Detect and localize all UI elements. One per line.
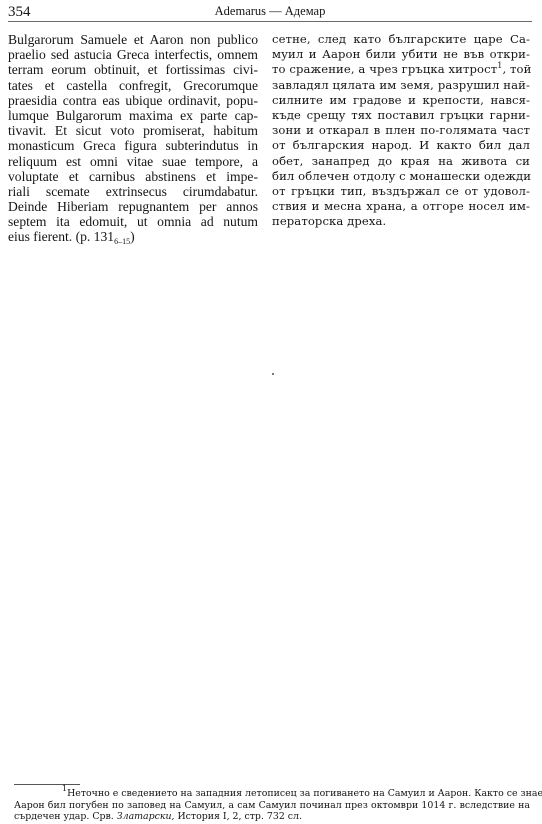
footnote-divider	[14, 784, 80, 785]
text-line: от българския народ. И както бил дал	[272, 138, 530, 153]
text-line: monasticum Greca figura subterindutus in	[8, 138, 258, 153]
footnote-line: сърдечен удар. Срв. Златарски, История I…	[14, 811, 530, 823]
footnote-line: 1Неточно е сведението на западния летопи…	[14, 788, 530, 800]
text-fragment: История I, 2, стр. 732 сл.	[175, 811, 302, 822]
text-line: сетне, след като българските царе Са-	[272, 32, 530, 47]
text-fragment: то сражение, а чрез гръцка хитрост	[272, 62, 497, 76]
running-title: Ademarus — Адемар	[8, 4, 532, 19]
latin-text-column: Bulgarorum Samuele et Aaron non publico …	[8, 32, 258, 245]
text-line: силните им градове и крепости, нався-	[272, 93, 530, 108]
text-line: от гръцки тип, въздържал се от удовол-	[272, 184, 530, 199]
text-line: зони и откарал в плен по-голямата част	[272, 123, 530, 138]
page-range-subscript: 6–15	[114, 237, 130, 246]
text-line: къде срещу тях поставил гръцки гарни-	[272, 108, 530, 123]
footnote: 1Неточно е сведението на западния летопи…	[14, 788, 530, 823]
text-line: муил и Аарон били убити не във откри-	[272, 47, 530, 62]
text-fragment: сърдечен удар. Срв.	[14, 811, 117, 822]
text-fragment: Неточно е сведението на западния летопис…	[67, 788, 542, 799]
text-line: riali scemate extrinsecus cirumdabatur.	[8, 184, 258, 199]
bulgarian-text-column: сетне, след като българските царе Са- му…	[272, 32, 530, 229]
text-line: завладял цялата им земя, разрушил най-	[272, 78, 530, 93]
text-line: Bulgarorum Samuele et Aaron non publico	[8, 32, 258, 47]
text-fragment: )	[130, 229, 135, 244]
text-line: Deinde Hiberiam repugnantem per annos	[8, 199, 258, 214]
text-line: tivavit. Et sicut voto promiserat, habit…	[8, 123, 258, 138]
text-line-with-reference: eius fierent. (p. 1316–15)	[8, 229, 258, 244]
text-line: ствия и месна храна, а отгоре носел им-	[272, 199, 530, 214]
text-line: praesidia contra eas ubique ordinavit, p…	[8, 93, 258, 108]
footnote-line: Аарон бил погубен по заповед на Самуил, …	[14, 800, 530, 812]
text-line: septem ita edomuit, ut omnia ad nutum	[8, 214, 258, 229]
text-line: ператорска дреха.	[272, 214, 530, 229]
text-line: бил облечен отдолу с монашески одежди	[272, 169, 530, 184]
text-fragment: , той	[502, 62, 531, 76]
text-line-with-footnote-ref: то сражение, а чрез гръцка хитрост1, той	[272, 62, 530, 77]
text-line: reliquum est omni vitae suae tempore, a	[8, 154, 258, 169]
text-line: lumque Bulgarorum maxima ex parte cap-	[8, 108, 258, 123]
scan-speck	[272, 373, 274, 375]
author-name: Златарски,	[117, 811, 175, 822]
text-fragment: eius fierent. (p. 131	[8, 229, 114, 244]
text-line: praelio sed astucia Greca interfectis, o…	[8, 47, 258, 62]
text-line: voluptate et carnibus abstinens et impe-	[8, 169, 258, 184]
text-line: terram eorum obtinuit, et fortissimas ci…	[8, 62, 258, 77]
page-header: 354 Ademarus — Адемар	[8, 3, 532, 22]
text-line: tates et castella confregit, Grecorumque	[8, 78, 258, 93]
text-line: обет, занапред до края на живота си	[272, 154, 530, 169]
